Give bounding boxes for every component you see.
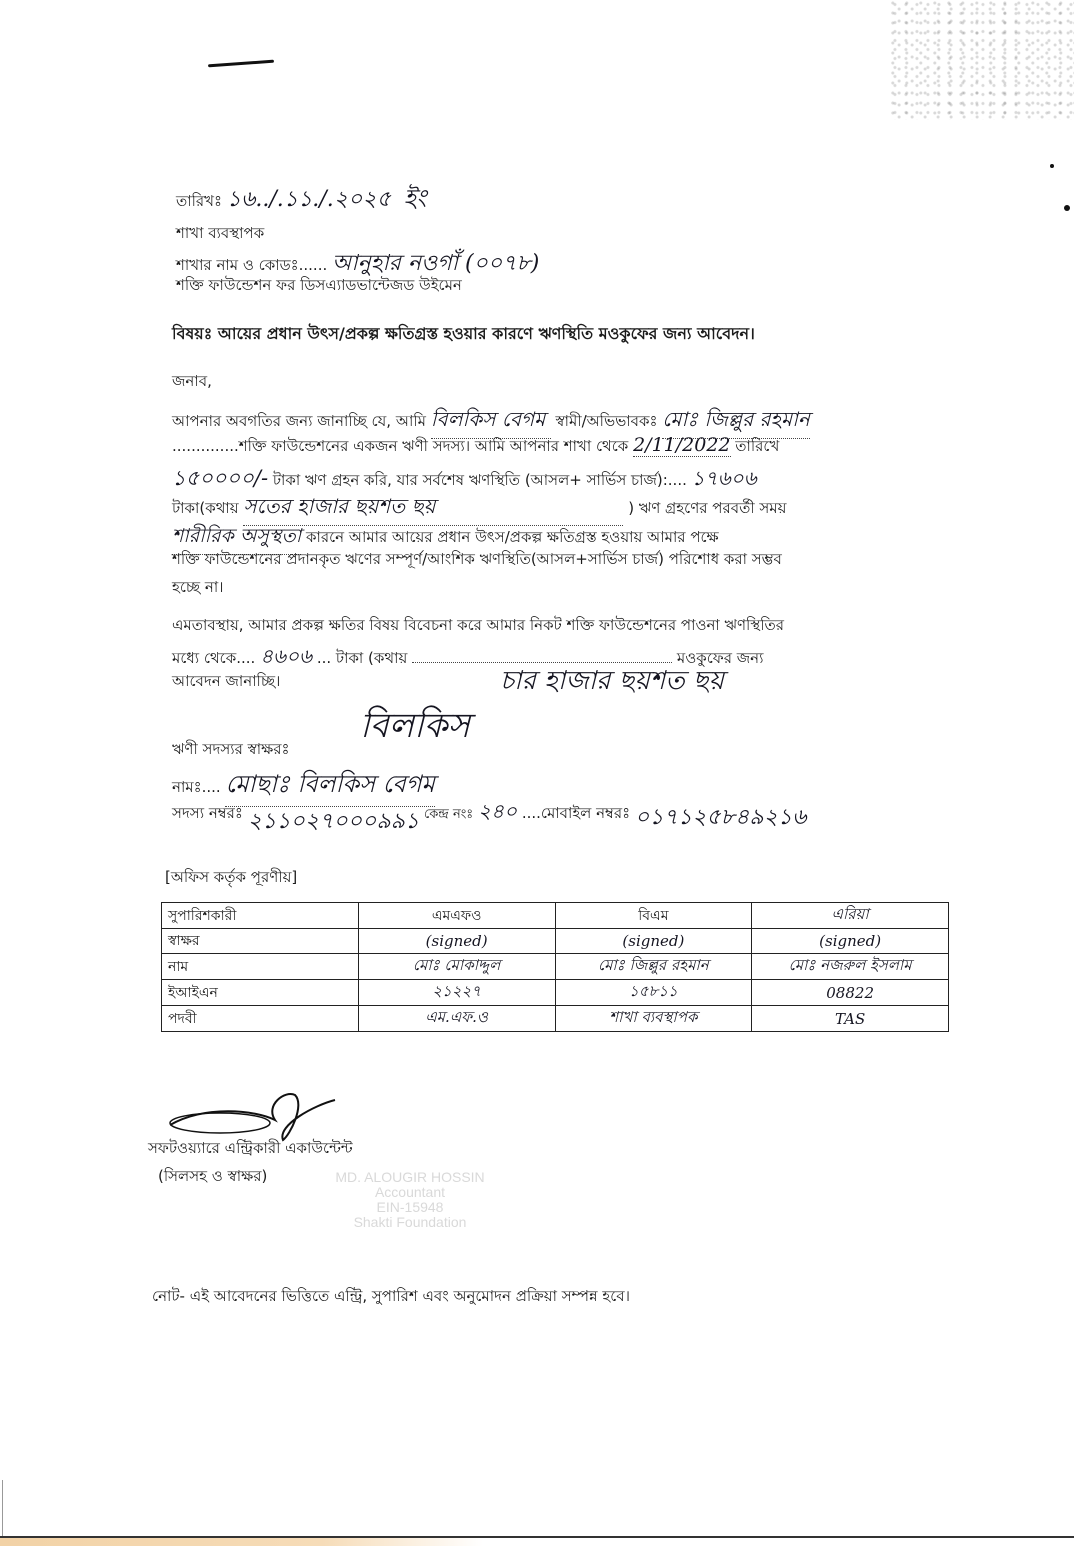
name-cell: মোঃ মোকাদ্দুল — [358, 954, 555, 980]
row-label: স্বাক্ষর — [162, 929, 359, 954]
stamp-line: EIN-15948 — [320, 1200, 500, 1215]
salutation: জনাব, — [172, 370, 212, 395]
text: আপনার অবগতির জন্য জানাচ্ছি যে, আমি — [172, 412, 426, 430]
loan-amount: ১৫০০০০/- — [172, 466, 268, 490]
mobile-number: ০১৭১২৫৮৪৯২১৬ — [635, 805, 806, 830]
table-header-row: সুপারিশকারী এমএফও বিএম এরিয়া — [162, 903, 949, 929]
member-number-line: সদস্য নম্বরঃ ২১১০২৭০০০৯৯১ কেন্দ্র নংঃ ২৪… — [172, 794, 806, 831]
signature-cell: (signed) — [555, 929, 752, 954]
text: ..............শক্তি ফাউন্ডেশনের একজন ঋণী… — [172, 437, 628, 455]
para1-line4: টাকা(কথায় সতের হাজার ছয়শত ছয় ) ঋণ গ্র… — [172, 492, 786, 526]
stamp-line: Shakti Foundation — [320, 1215, 500, 1230]
accountant-subtitle: (সিলসহ ও স্বাক্ষর) — [158, 1165, 267, 1190]
organization-name: শক্তি ফাউন্ডেশন ফর ডিসএ্যাডভান্টেজড উইমে… — [176, 274, 462, 299]
designation-cell: এম.এফ.ও — [358, 1006, 555, 1032]
recommendation-table: সুপারিশকারী এমএফও বিএম এরিয়া স্বাক্ষর (… — [161, 902, 949, 1032]
outstanding-words: সতের হাজার ছয়শত ছয় — [243, 492, 623, 526]
text: তারিখে — [735, 437, 779, 455]
signature-label: ঋণী সদস্যর স্বাক্ষরঃ — [172, 740, 289, 758]
center-label: কেন্দ্র নংঃ — [424, 807, 473, 822]
table-row: ইআইএন ২১২২৭ ১৫৮১১ 08822 — [162, 980, 949, 1006]
center-number: ২৪০ — [478, 799, 517, 823]
para2-line3: আবেদন জানাচ্ছি। — [172, 670, 280, 695]
signature-cell: (signed) — [358, 929, 555, 954]
date-label: তারিখঃ — [176, 192, 222, 210]
table-row: নাম মোঃ মোকাদ্দুল মোঃ জিল্লুর রহমান মোঃ … — [162, 954, 949, 980]
waiver-amount: ৪৬০৬ — [260, 644, 312, 668]
office-use-label: [অফিস কর্তৃক পূরণীয়] — [165, 866, 297, 891]
para1-line6: শক্তি ফাউন্ডেশনের প্রদানকৃত ঋণের সম্পূর্… — [172, 548, 782, 573]
member-no-label: সদস্য নম্বরঃ — [172, 804, 243, 822]
table-row: স্বাক্ষর (signed) (signed) (signed) — [162, 929, 949, 954]
loan-date: 2/11/2022 — [633, 434, 730, 457]
text: টাকা(কথায় — [172, 499, 239, 517]
row-label: পদবী — [162, 1006, 359, 1032]
row-label: নাম — [162, 954, 359, 980]
header-cell: এরিয়া — [752, 903, 949, 929]
row-label: ইআইএন — [162, 980, 359, 1006]
header-cell: সুপারিশকারী — [162, 903, 359, 929]
text: টাকা ঋণ গ্রহন করি, যার সর্বশেষ ঋণস্থিতি … — [273, 471, 687, 489]
pen-mark — [208, 60, 274, 68]
ink-dot — [1064, 205, 1070, 211]
para2-line1: এমতাবস্থায়, আমার প্রকল্প ক্ষতির বিষয় ব… — [172, 614, 784, 639]
text: ... টাকা (কথায় — [317, 649, 407, 667]
scan-bottom-edge — [0, 1536, 1074, 1546]
name-cell: মোঃ নজরুল ইসলাম — [752, 954, 949, 980]
member-number: ২১১০২৭০০০৯৯১ — [248, 809, 420, 834]
waiver-words: চার হাজার ছয়শত ছয় — [500, 660, 724, 704]
footer-note: নোট- এই আবেদনের ভিত্তিতে এন্ট্রি, সুপারি… — [152, 1285, 630, 1310]
header-cell: এমএফও — [358, 903, 555, 929]
ein-cell: 08822 — [752, 980, 949, 1006]
member-signature: বিলকিস — [360, 700, 470, 757]
outstanding-amount: ১৭৬০৬ — [692, 466, 757, 490]
table-row: পদবী এম.এফ.ও শাখা ব্যবস্থাপক TAS — [162, 1006, 949, 1032]
ein-cell: ২১২২৭ — [358, 980, 555, 1006]
text: কারনে আমার আয়ের প্রধান উৎস/প্রকল্প ক্ষত… — [306, 528, 719, 546]
accountant-stamp: MD. ALOUGIR HOSSIN Accountant EIN-15948 … — [320, 1170, 500, 1230]
header-cell: বিএম — [555, 903, 752, 929]
member-signature-line: ঋণী সদস্যর স্বাক্ষরঃ — [172, 738, 289, 763]
addressee-title: শাখা ব্যবস্থাপক — [176, 222, 264, 247]
text: স্বামী/অভিভাবকঃ — [556, 412, 658, 430]
designation-cell: শাখা ব্যবস্থাপক — [555, 1006, 752, 1032]
branch-label: শাখার নাম ও কোডঃ...... — [176, 256, 327, 274]
mobile-label: ....মোবাইল নম্বরঃ — [522, 804, 630, 822]
signature-cell: (signed) — [752, 929, 949, 954]
branch-value: আনুহার নওগাঁ (০০৭৮) — [332, 251, 539, 276]
ink-dot — [1050, 164, 1054, 168]
stamp-line: Accountant — [320, 1185, 500, 1200]
para1-line2: ..............শক্তি ফাউন্ডেশনের একজন ঋণী… — [172, 434, 779, 460]
name-cell: মোঃ জিল্লুর রহমান — [555, 954, 752, 980]
designation-cell: TAS — [752, 1006, 949, 1032]
stamp-line: MD. ALOUGIR HOSSIN — [320, 1170, 500, 1185]
text: মধ্যে থেকে.... — [172, 649, 255, 667]
signature-scribble-icon — [165, 1085, 345, 1145]
scan-noise — [890, 0, 1074, 120]
date-suffix: ইং — [404, 184, 427, 212]
text: ) ঋণ গ্রহণের পরবর্তী সময় — [628, 499, 786, 517]
date-line: তারিখঃ ১৬../.১১./.২০২৫ ইং — [176, 180, 427, 220]
para1-line7: হচ্ছে না। — [172, 576, 224, 601]
date-value: ১৬../.১১./.২০২৫ — [227, 187, 391, 212]
accountant-title: সফটওয়্যারে এন্ট্রিকারী একাউন্টেন্ট — [148, 1137, 353, 1162]
scan-edge — [2, 1480, 3, 1540]
subject-line: বিষয়ঃ আয়ের প্রধান উৎস/প্রকল্প ক্ষতিগ্র… — [172, 321, 755, 348]
ein-cell: ১৫৮১১ — [555, 980, 752, 1006]
